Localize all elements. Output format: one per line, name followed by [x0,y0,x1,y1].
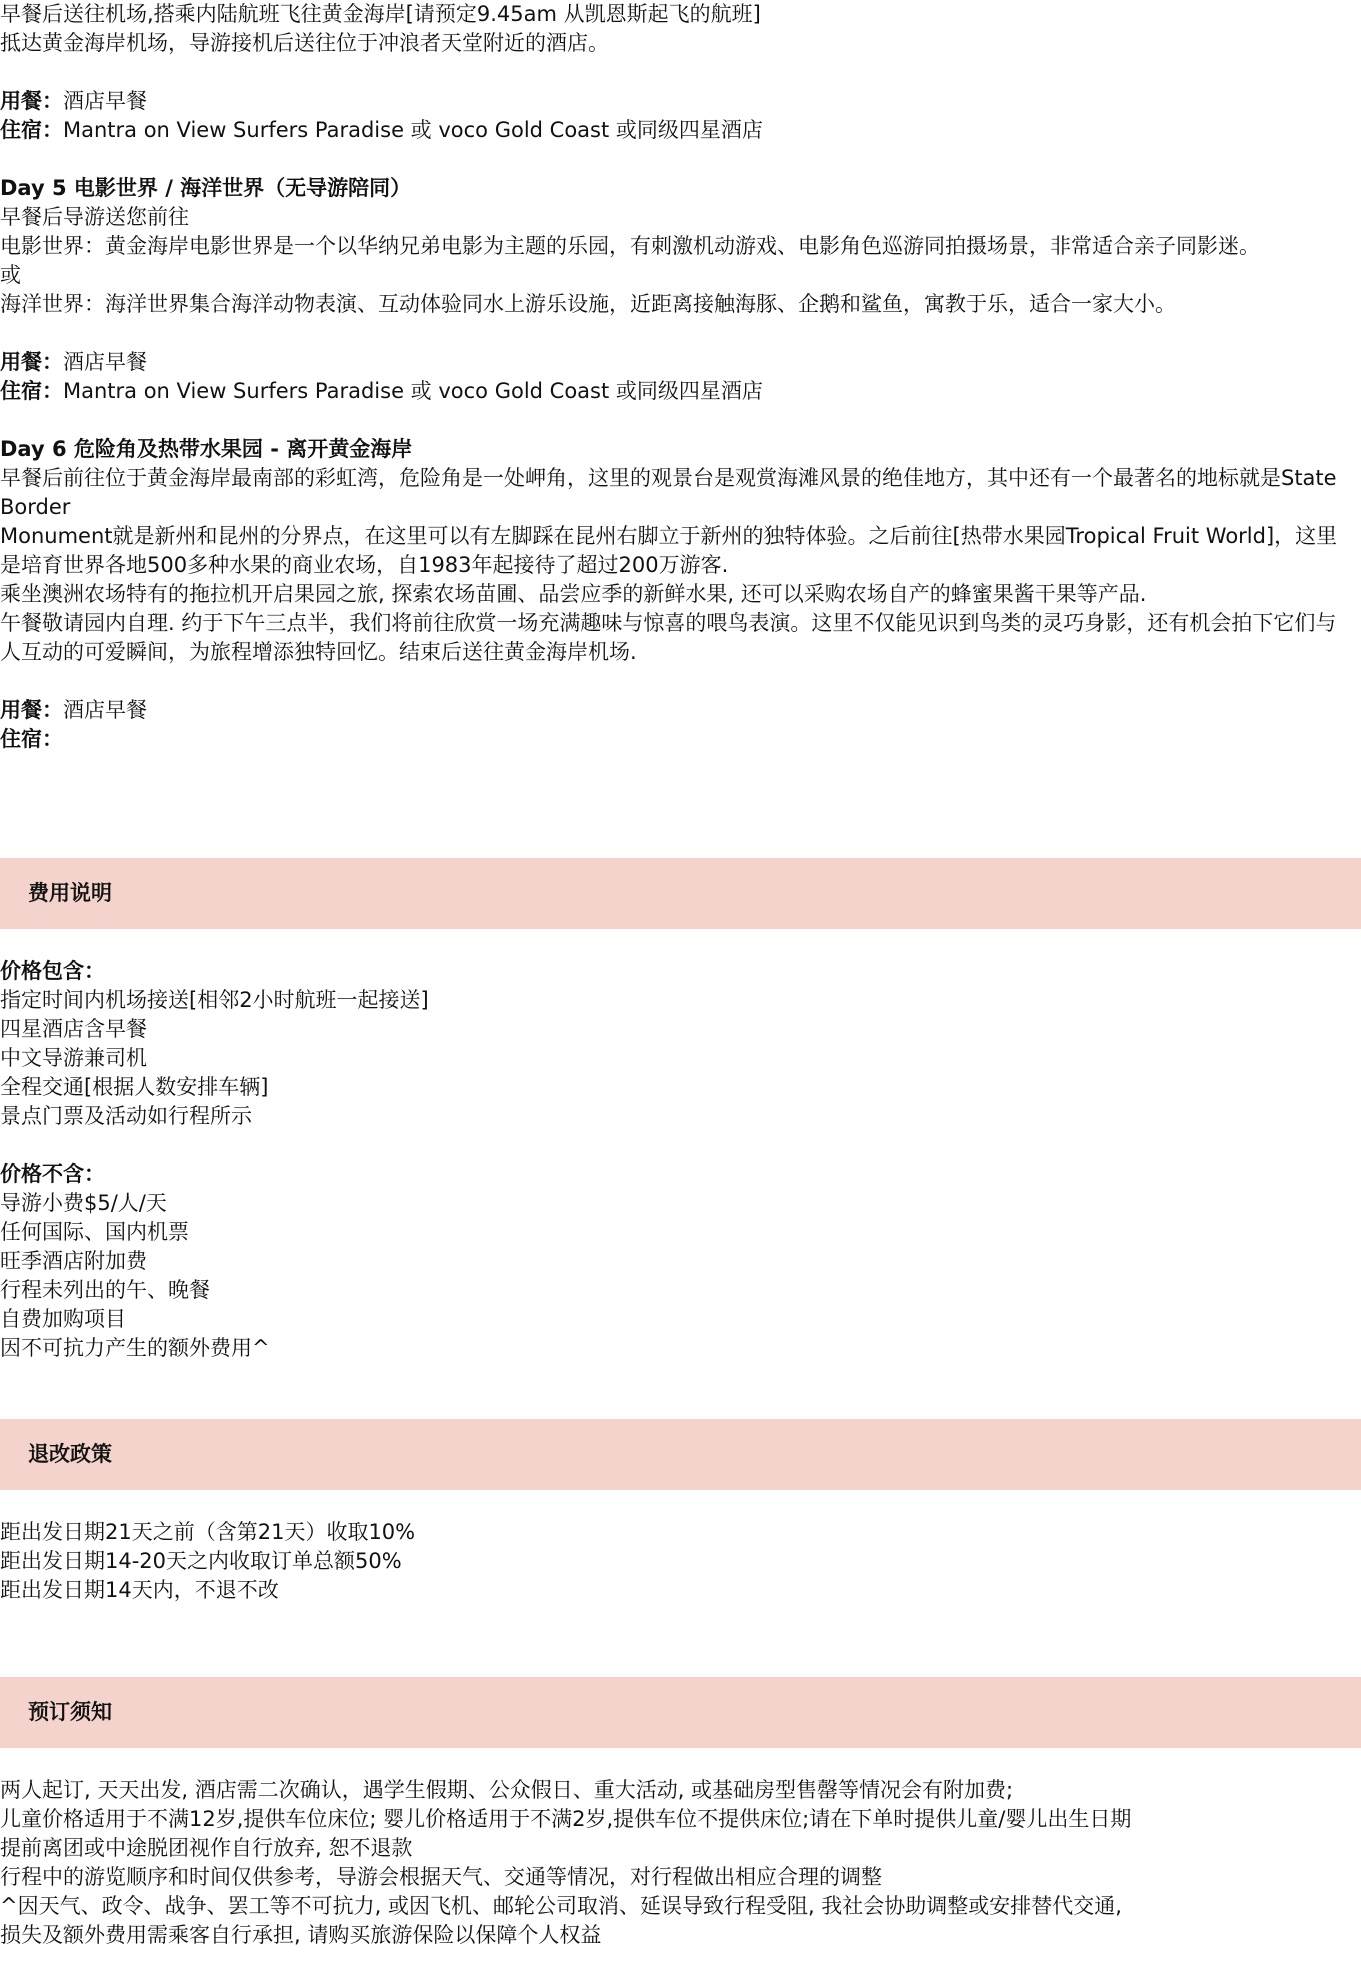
day5-line-4: 海洋世界：海洋世界集合海洋动物表演、互动体验同水上游乐设施，近距离接触海豚、企鹅… [0,290,1361,319]
meal-label: 用餐： [0,89,63,113]
day5-section: Day 5 电影世界 / 海洋世界（无导游陪同） 早餐后导游送您前往 电影世界：… [0,174,1361,406]
meal-value: 酒店早餐 [63,89,147,113]
excluded-item: 任何国际、国内机票 [0,1218,1361,1247]
excluded-item: 因不可抗力产生的额外费用^ [0,1334,1361,1363]
day6-hotel: 住宿： [0,725,1361,754]
included-item: 全程交通[根据人数安排车辆] [0,1073,1361,1102]
day6-title: Day 6 危险角及热带水果园 - 离开黄金海岸 [0,435,1361,464]
day6-meal: 用餐：酒店早餐 [0,696,1361,725]
excluded-item: 行程未列出的午、晚餐 [0,1276,1361,1305]
booking-note: 儿童价格适用于不满12岁,提供车位床位; 婴儿价格适用于不满2岁,提供车位不提供… [0,1805,1361,1834]
included-item: 指定时间内机场接送[相邻2小时航班一起接送] [0,986,1361,1015]
hotel-value: Mantra on View Surfers Paradise 或 voco G… [63,379,763,403]
day4-hotel: 住宿：Mantra on View Surfers Paradise 或 voc… [0,116,1361,145]
excluded-label: 价格不含： [0,1160,1361,1189]
meal-value: 酒店早餐 [63,350,147,374]
section-header-fees: 费用说明 [0,858,1361,929]
hotel-label: 住宿： [0,118,63,142]
section-header-refund: 退改政策 [0,1419,1361,1490]
excluded-item: 旺季酒店附加费 [0,1247,1361,1276]
included-item: 景点门票及活动如行程所示 [0,1102,1361,1131]
booking-note: 损失及额外费用需乘客自行承担, 请购买旅游保险以保障个人权益 [0,1921,1361,1950]
excluded-item: 自费加购项目 [0,1305,1361,1334]
day5-meal: 用餐：酒店早餐 [0,348,1361,377]
itinerary-document: 早餐后送往机场,搭乘内陆航班飞往黄金海岸[请预定9.45am 从凯恩斯起飞的航班… [0,0,1361,1950]
hotel-label: 住宿： [0,727,63,751]
day6-section: Day 6 危险角及热带水果园 - 离开黄金海岸 早餐后前往位于黄金海岸最南部的… [0,435,1361,754]
hotel-label: 住宿： [0,379,63,403]
day4-meal: 用餐：酒店早餐 [0,87,1361,116]
day5-line-3: 或 [0,261,1361,290]
hotel-value: Mantra on View Surfers Paradise 或 voco G… [63,118,763,142]
booking-note: 提前离团或中途脱团视作自行放弃, 恕不退款 [0,1834,1361,1863]
day4-line-1: 早餐后送往机场,搭乘内陆航班飞往黄金海岸[请预定9.45am 从凯恩斯起飞的航班… [0,0,1361,29]
meal-label: 用餐： [0,698,63,722]
refund-rule: 距出发日期14天内，不退不改 [0,1576,1361,1605]
excluded-item: 导游小费$5/人/天 [0,1189,1361,1218]
booking-section: 两人起订, 天天出发, 酒店需二次确认，遇学生假期、公众假日、重大活动, 或基础… [0,1776,1361,1950]
meal-value: 酒店早餐 [63,698,147,722]
refund-rule: 距出发日期21天之前（含第21天）收取10% [0,1518,1361,1547]
day5-line-2: 电影世界：黄金海岸电影世界是一个以华纳兄弟电影为主题的乐园，有刺激机动游戏、电影… [0,232,1361,261]
fees-section: 价格包含： 指定时间内机场接送[相邻2小时航班一起接送] 四星酒店含早餐 中文导… [0,957,1361,1363]
refund-rule: 距出发日期14-20天之内收取订单总额50% [0,1547,1361,1576]
day5-line-1: 早餐后导游送您前往 [0,203,1361,232]
day6-line-1: 早餐后前往位于黄金海岸最南部的彩虹湾，危险角是一处岬角，这里的观景台是观赏海滩风… [0,464,1361,522]
day5-hotel: 住宿：Mantra on View Surfers Paradise 或 voc… [0,377,1361,406]
day6-line-3: 乘坐澳洲农场特有的拖拉机开启果园之旅, 探索农场苗圃、品尝应季的新鲜水果, 还可… [0,580,1361,609]
day6-line-4: 午餐敬请园内自理. 约于下午三点半，我们将前往欣赏一场充满趣味与惊喜的喂鸟表演。… [0,609,1361,667]
booking-note: 行程中的游览顺序和时间仅供参考，导游会根据天气、交通等情况，对行程做出相应合理的… [0,1863,1361,1892]
included-item: 中文导游兼司机 [0,1044,1361,1073]
booking-note: 两人起订, 天天出发, 酒店需二次确认，遇学生假期、公众假日、重大活动, 或基础… [0,1776,1361,1805]
day4-line-2: 抵达黄金海岸机场，导游接机后送往位于冲浪者天堂附近的酒店。 [0,29,1361,58]
included-item: 四星酒店含早餐 [0,1015,1361,1044]
day5-title: Day 5 电影世界 / 海洋世界（无导游陪同） [0,174,1361,203]
day4-section: 早餐后送往机场,搭乘内陆航班飞往黄金海岸[请预定9.45am 从凯恩斯起飞的航班… [0,0,1361,145]
meal-label: 用餐： [0,350,63,374]
section-header-booking: 预订须知 [0,1677,1361,1748]
day6-line-2: Monument就是新州和昆州的分界点，在这里可以有左脚踩在昆州右脚立于新州的独… [0,522,1361,580]
refund-section: 距出发日期21天之前（含第21天）收取10% 距出发日期14-20天之内收取订单… [0,1518,1361,1605]
booking-note: ^因天气、政令、战争、罢工等不可抗力, 或因飞机、邮轮公司取消、延误导致行程受阻… [0,1892,1361,1921]
included-label: 价格包含： [0,957,1361,986]
